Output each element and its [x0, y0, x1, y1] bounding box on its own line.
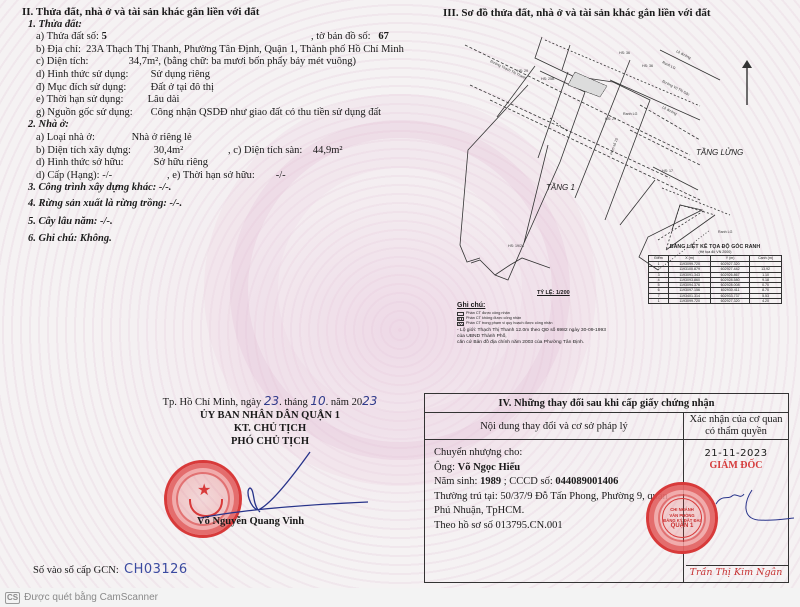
- confirm-signer: Trần Thị Kim Ngân: [684, 567, 788, 578]
- on-behalf: KT. CHỦ TỊCH: [120, 422, 420, 435]
- label-alley: Hẻm số 15: [609, 138, 619, 156]
- changes-header-row: Nội dung thay đổi và cơ sở pháp lý Xác n…: [425, 413, 788, 440]
- year-label: năm 20: [331, 397, 362, 408]
- ownership-value: Sở hữu riêng: [154, 157, 208, 168]
- transfer-line: Chuyển nhượng cho:: [434, 446, 683, 461]
- changes-table: IV. Những thay đổi sau khi cấp giấy chứn…: [424, 393, 789, 583]
- changes-title: IV. Những thay đổi sau khi cấp giấy chứn…: [425, 394, 788, 413]
- legend-swatch-blank: [457, 312, 464, 316]
- build-area-value: 30,4m²: [154, 145, 184, 156]
- registration-value: CH03126: [124, 562, 188, 577]
- address-label: b) Địa chỉ:: [36, 44, 81, 55]
- coord-cell: 4.20: [750, 299, 782, 304]
- parcel-row: a) Thửa đất số: 5 , tờ bản đồ số: 67: [36, 31, 412, 44]
- date-month: 10: [310, 394, 325, 408]
- own-term-value: -/-: [276, 170, 286, 181]
- floor-area-label: , c) Diện tích sàn:: [228, 145, 302, 156]
- owner-line: Ông: Võ Ngọc Hiếu: [434, 461, 683, 476]
- owner-name: Võ Ngọc Hiếu: [458, 462, 520, 473]
- label-lot-17: HS: 17: [662, 169, 673, 173]
- perennial-trees: 5. Cây lâu năm: -/-.: [28, 216, 412, 229]
- legend-text: Phần CT trong phạm vi quy hoạch được côn…: [466, 321, 552, 326]
- label-sidewalk-2: Lề đường: [662, 105, 678, 116]
- section3-title: III. Sơ đồ thửa đất, nhà ở và tài sản kh…: [443, 7, 711, 19]
- production-forest: 4. Rừng sản xuất là rừng trồng: -/-.: [28, 198, 412, 211]
- address-value: 23A Thạch Thị Thanh, Phường Tân Định, Qu…: [86, 44, 404, 55]
- signature-block: Tp. Hồ Chí Minh, ngày 23. tháng 10. năm …: [120, 395, 420, 448]
- area-label: c) Diện tích:: [36, 56, 126, 69]
- use-form-value: Sử dụng riêng: [151, 69, 210, 80]
- col-content-header: Nội dung thay đổi và cơ sở pháp lý: [425, 413, 684, 439]
- issuing-org: ỦY BAN NHÂN DÂN QUẬN 1: [120, 409, 420, 422]
- label-lot-36b: HS: 36: [642, 64, 653, 68]
- diagram-notes: Ghi chú: Phần CT được công nhận Phần CT …: [457, 302, 657, 347]
- scanner-text: Được quét bằng CamScanner: [24, 592, 158, 603]
- signer-name: Võ Nguyễn Quang Vinh: [197, 516, 304, 527]
- coordinate-table: BẢNG LIỆT KÊ TỌA ĐỘ GÓC RANH (Hệ tọa độ …: [648, 244, 782, 304]
- coord-row: 11193099.720602927.3204.20: [649, 299, 782, 304]
- scale-label: TỶ LỆ: 1/200: [537, 290, 570, 296]
- label-lot-29: HS: 29: [517, 69, 528, 73]
- signer-position: PHÓ CHỦ TỊCH: [120, 435, 420, 448]
- confirm-signature: [714, 486, 794, 526]
- origin-row: g) Nguồn gốc sử dụng: Công nhận QSDĐ như…: [36, 107, 412, 120]
- map-sheet-label: , tờ bản đồ số:: [311, 31, 371, 42]
- own-term: , e) Thời hạn sở hữu: -/-: [167, 170, 286, 183]
- grade-value: -/-: [102, 170, 112, 181]
- purpose-label: đ) Mục đích sử dụng:: [36, 82, 148, 95]
- signature-line: [686, 565, 788, 566]
- legend-planning: Phần CT trong phạm vi quy hoạch được côn…: [457, 321, 657, 326]
- house-type-row: a) Loại nhà ở: Nhà ở riêng lẻ: [36, 132, 412, 145]
- label-lot-36a: HS: 36: [619, 51, 630, 55]
- legend-swatch-hatched: [457, 322, 464, 326]
- birth-id-line: Năm sinh: 1989 ; CCCD số: 044089001406: [434, 475, 683, 490]
- camscanner-logo-icon: CS: [5, 592, 20, 604]
- coordinate-table-subtitle: (Hệ tọa độ VN 2000): [648, 250, 782, 254]
- label-floor-mezzanine: TẦNG LỬNG: [696, 147, 743, 157]
- legend-swatch-lined: [457, 317, 464, 321]
- house-type-label: a) Loại nhà ở:: [36, 132, 129, 145]
- origin-label: g) Nguồn gốc sử dụng:: [36, 107, 148, 120]
- note-lines: - Lộ giới: Thạch Thị Thanh 12.0m theo QĐ…: [457, 328, 657, 347]
- term-row: e) Thời hạn sử dụng: Lâu dài: [36, 94, 412, 107]
- label-lot-25b: HS: 25B: [541, 77, 555, 81]
- label-boundary-2: Ranh LG: [623, 112, 638, 116]
- birth-year: 1989: [480, 476, 501, 487]
- grade-label: d) Cấp (Hạng):: [36, 170, 100, 181]
- changes-entry-row: Chuyển nhượng cho: Ông: Võ Ngọc Hiếu Năm…: [425, 440, 788, 582]
- build-area-label: b) Diện tích xây dựng:: [36, 145, 151, 158]
- issue-date: Tp. Hồ Chí Minh, ngày 23. tháng 10. năm …: [120, 395, 420, 409]
- confirm-date: 21-11-2023: [684, 448, 788, 459]
- month-label: tháng: [284, 397, 307, 408]
- change-content: Chuyển nhượng cho: Ông: Võ Ngọc Hiếu Năm…: [425, 440, 684, 582]
- date-year: 23: [362, 394, 377, 408]
- change-confirmation: 21-11-2023 GIÁM ĐỐC CHI NHÁNH VĂN PHÒNG …: [684, 440, 788, 582]
- label-lot-19: HS: 19/24: [508, 244, 524, 248]
- label-boundary-1: Ranh LG: [662, 60, 677, 70]
- parcel-number: 5: [102, 31, 107, 42]
- address-row: b) Địa chỉ: 23A Thạch Thị Thanh, Phường …: [36, 44, 412, 57]
- notes-title: Ghi chú:: [457, 302, 657, 309]
- origin-value: Công nhận QSDĐ như giao đất có thu tiền …: [151, 107, 381, 118]
- purpose-value: Đất ở tại đô thị: [151, 82, 214, 93]
- date-prefix: Tp. Hồ Chí Minh, ngày: [163, 397, 262, 408]
- label-boundary-3: Ranh LG: [718, 230, 733, 234]
- registration-label: Số vào sổ cấp GCN:: [33, 565, 119, 576]
- note-line: căn cứ Bản đồ địa chính năm 2003 của Phư…: [457, 340, 657, 346]
- house-heading: 2. Nhà ở:: [28, 119, 412, 132]
- general-notes: 6. Ghi chú: Không.: [28, 233, 412, 246]
- other-construction: 3. Công trình xây dựng khác: -/-.: [28, 182, 412, 195]
- coord-cell: 1193099.720: [669, 299, 711, 304]
- house-type-value: Nhà ở riêng lẻ: [132, 132, 192, 143]
- branch-seal: CHI NHÁNH VĂN PHÒNG ĐĂNG KÝ ĐẤT ĐAI QUẬN…: [646, 482, 718, 554]
- use-form-row: d) Hình thức sử dụng: Sử dụng riêng: [36, 69, 412, 82]
- section-land-house: II. Thửa đất, nhà ở và tài sản khác gắn …: [22, 6, 412, 246]
- certificate-page: II. Thửa đất, nhà ở và tài sản khác gắn …: [0, 0, 800, 588]
- map-sheet-number: 67: [378, 31, 389, 42]
- grade-row: d) Cấp (Hạng): -/- , e) Thời hạn sở hữu:…: [36, 170, 412, 183]
- ownership-label: d) Hình thức sở hữu:: [36, 157, 151, 170]
- confirm-title: GIÁM ĐỐC: [684, 460, 788, 471]
- scanner-footer: CS Được quét bằng CamScanner: [0, 588, 800, 607]
- id-label: ; CCCD số:: [501, 476, 555, 487]
- term-label: e) Thời hạn sử dụng:: [36, 94, 145, 107]
- birth-label: Năm sinh:: [434, 476, 480, 487]
- floor-area: , c) Diện tích sàn: 44,9m²: [228, 145, 343, 158]
- label-lot-21: HS: 21: [605, 117, 616, 121]
- land-heading: 1. Thửa đất:: [28, 19, 412, 32]
- label-floor-1: TẦNG 1: [546, 182, 575, 192]
- branch-seal-text: CHI NHÁNH VĂN PHÒNG ĐĂNG KÝ ĐẤT ĐAI QUẬN…: [662, 498, 702, 538]
- ownership-row: d) Hình thức sở hữu: Sở hữu riêng: [36, 157, 412, 170]
- registration-number: Số vào sổ cấp GCN: CH03126: [33, 562, 188, 577]
- section2-title: II. Thửa đất, nhà ở và tài sản khác gắn …: [22, 6, 412, 19]
- map-sheet: , tờ bản đồ số: 67: [311, 31, 389, 44]
- seal-line: QUẬN 1: [671, 524, 694, 530]
- use-form-label: d) Hình thức sử dụng:: [36, 69, 148, 82]
- label-street-side: Đường Võ Thị Sáu: [662, 79, 691, 96]
- coord-cell: 602927.320: [711, 299, 750, 304]
- id-number: 044089001406: [555, 476, 618, 487]
- area-row: c) Diện tích: 34,7m², (bằng chữ: ba mươi…: [36, 56, 412, 69]
- build-area-row: b) Diện tích xây dựng: 30,4m² , c) Diện …: [36, 145, 412, 158]
- col-confirm-header: Xác nhận của cơ quan có thẩm quyền: [684, 413, 788, 439]
- own-term-label: , e) Thời hạn sở hữu:: [167, 170, 255, 181]
- coordinate-grid: ĐiểmX (m)Y (m)Cạnh (m) 11193099.72060292…: [648, 255, 782, 304]
- area-value: 34,7m², (bằng chữ: ba mươi bốn phẩy bảy …: [129, 56, 356, 67]
- owner-label: Ông:: [434, 462, 458, 473]
- label-sidewalk-1: Lề đường: [676, 49, 692, 60]
- term-value: Lâu dài: [148, 94, 180, 105]
- floor-area-value: 44,9m²: [313, 145, 343, 156]
- purpose-row: đ) Mục đích sử dụng: Đất ở tại đô thị: [36, 82, 412, 95]
- date-day: 23: [264, 394, 279, 408]
- parcel-label: a) Thửa đất số:: [36, 31, 99, 42]
